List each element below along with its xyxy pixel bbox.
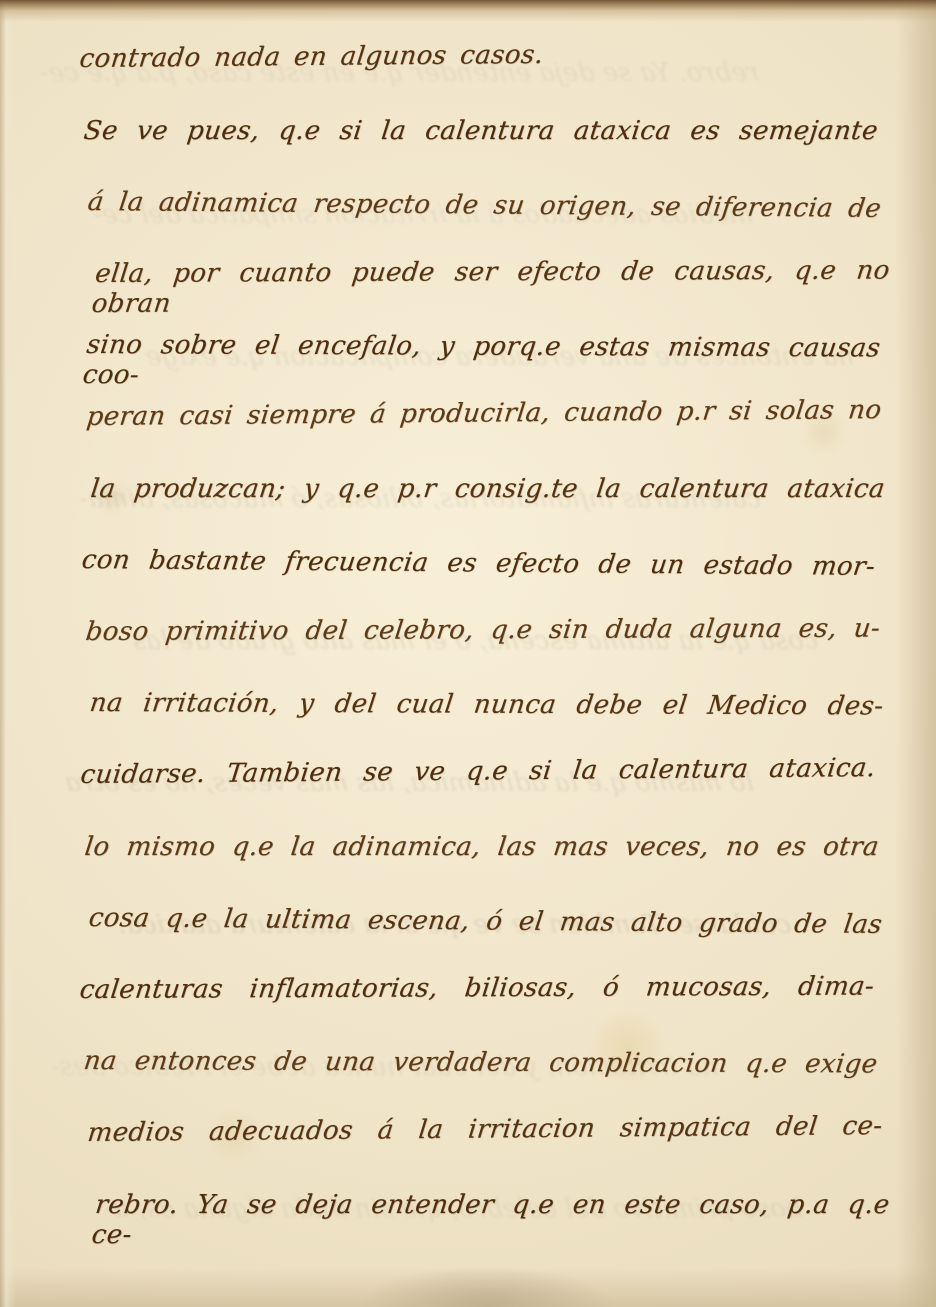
manuscript-line: cuidarse. Tambien se ve q.e si la calent… [79,753,877,790]
manuscript-line: ella, por cuanto puede ser efecto de cau… [90,255,892,318]
manuscript-line: lo mismo q.e la adinamica, las mas veces… [83,832,881,862]
manuscript-line: boso primitivo del celebro, q.e sin duda… [84,613,882,646]
manuscript-line: contrado nada en algunos casos. [78,37,876,74]
handwritten-text-block: contrado nada en algunos casos.Se ve pue… [0,0,936,1307]
manuscript-line: Se ve pues, q.e si la calentura ataxica … [82,116,880,146]
manuscript-line: con bastante frecuencia es efecto de un … [80,545,877,582]
manuscript-line: rebro. Ya se deja entender q.e en este c… [90,1190,891,1250]
manuscript-line: cosa q.e la ultima escena, ó el mas alto… [87,903,884,940]
manuscript-line: na entonces de una verdadera complicacio… [82,1046,879,1079]
manuscript-line: peran casi siempre á producirla, cuando … [85,395,883,432]
manuscript-page: rebro. Ya se deja entender q.e en este c… [0,0,936,1307]
manuscript-line: á la adinamica respecto de su origen, se… [86,187,883,224]
manuscript-line: medios adecuados á la irritacion simpati… [86,1111,884,1148]
manuscript-line: na irritación, y del cual nunca debe el … [88,688,885,721]
manuscript-line: sino sobre el encefalo, y porq.e estas m… [81,330,882,393]
manuscript-line: la produzcan; y q.e p.r consig.te la cal… [89,474,887,504]
manuscript-line: calenturas inflamatorias, biliosas, ó mu… [78,971,876,1004]
